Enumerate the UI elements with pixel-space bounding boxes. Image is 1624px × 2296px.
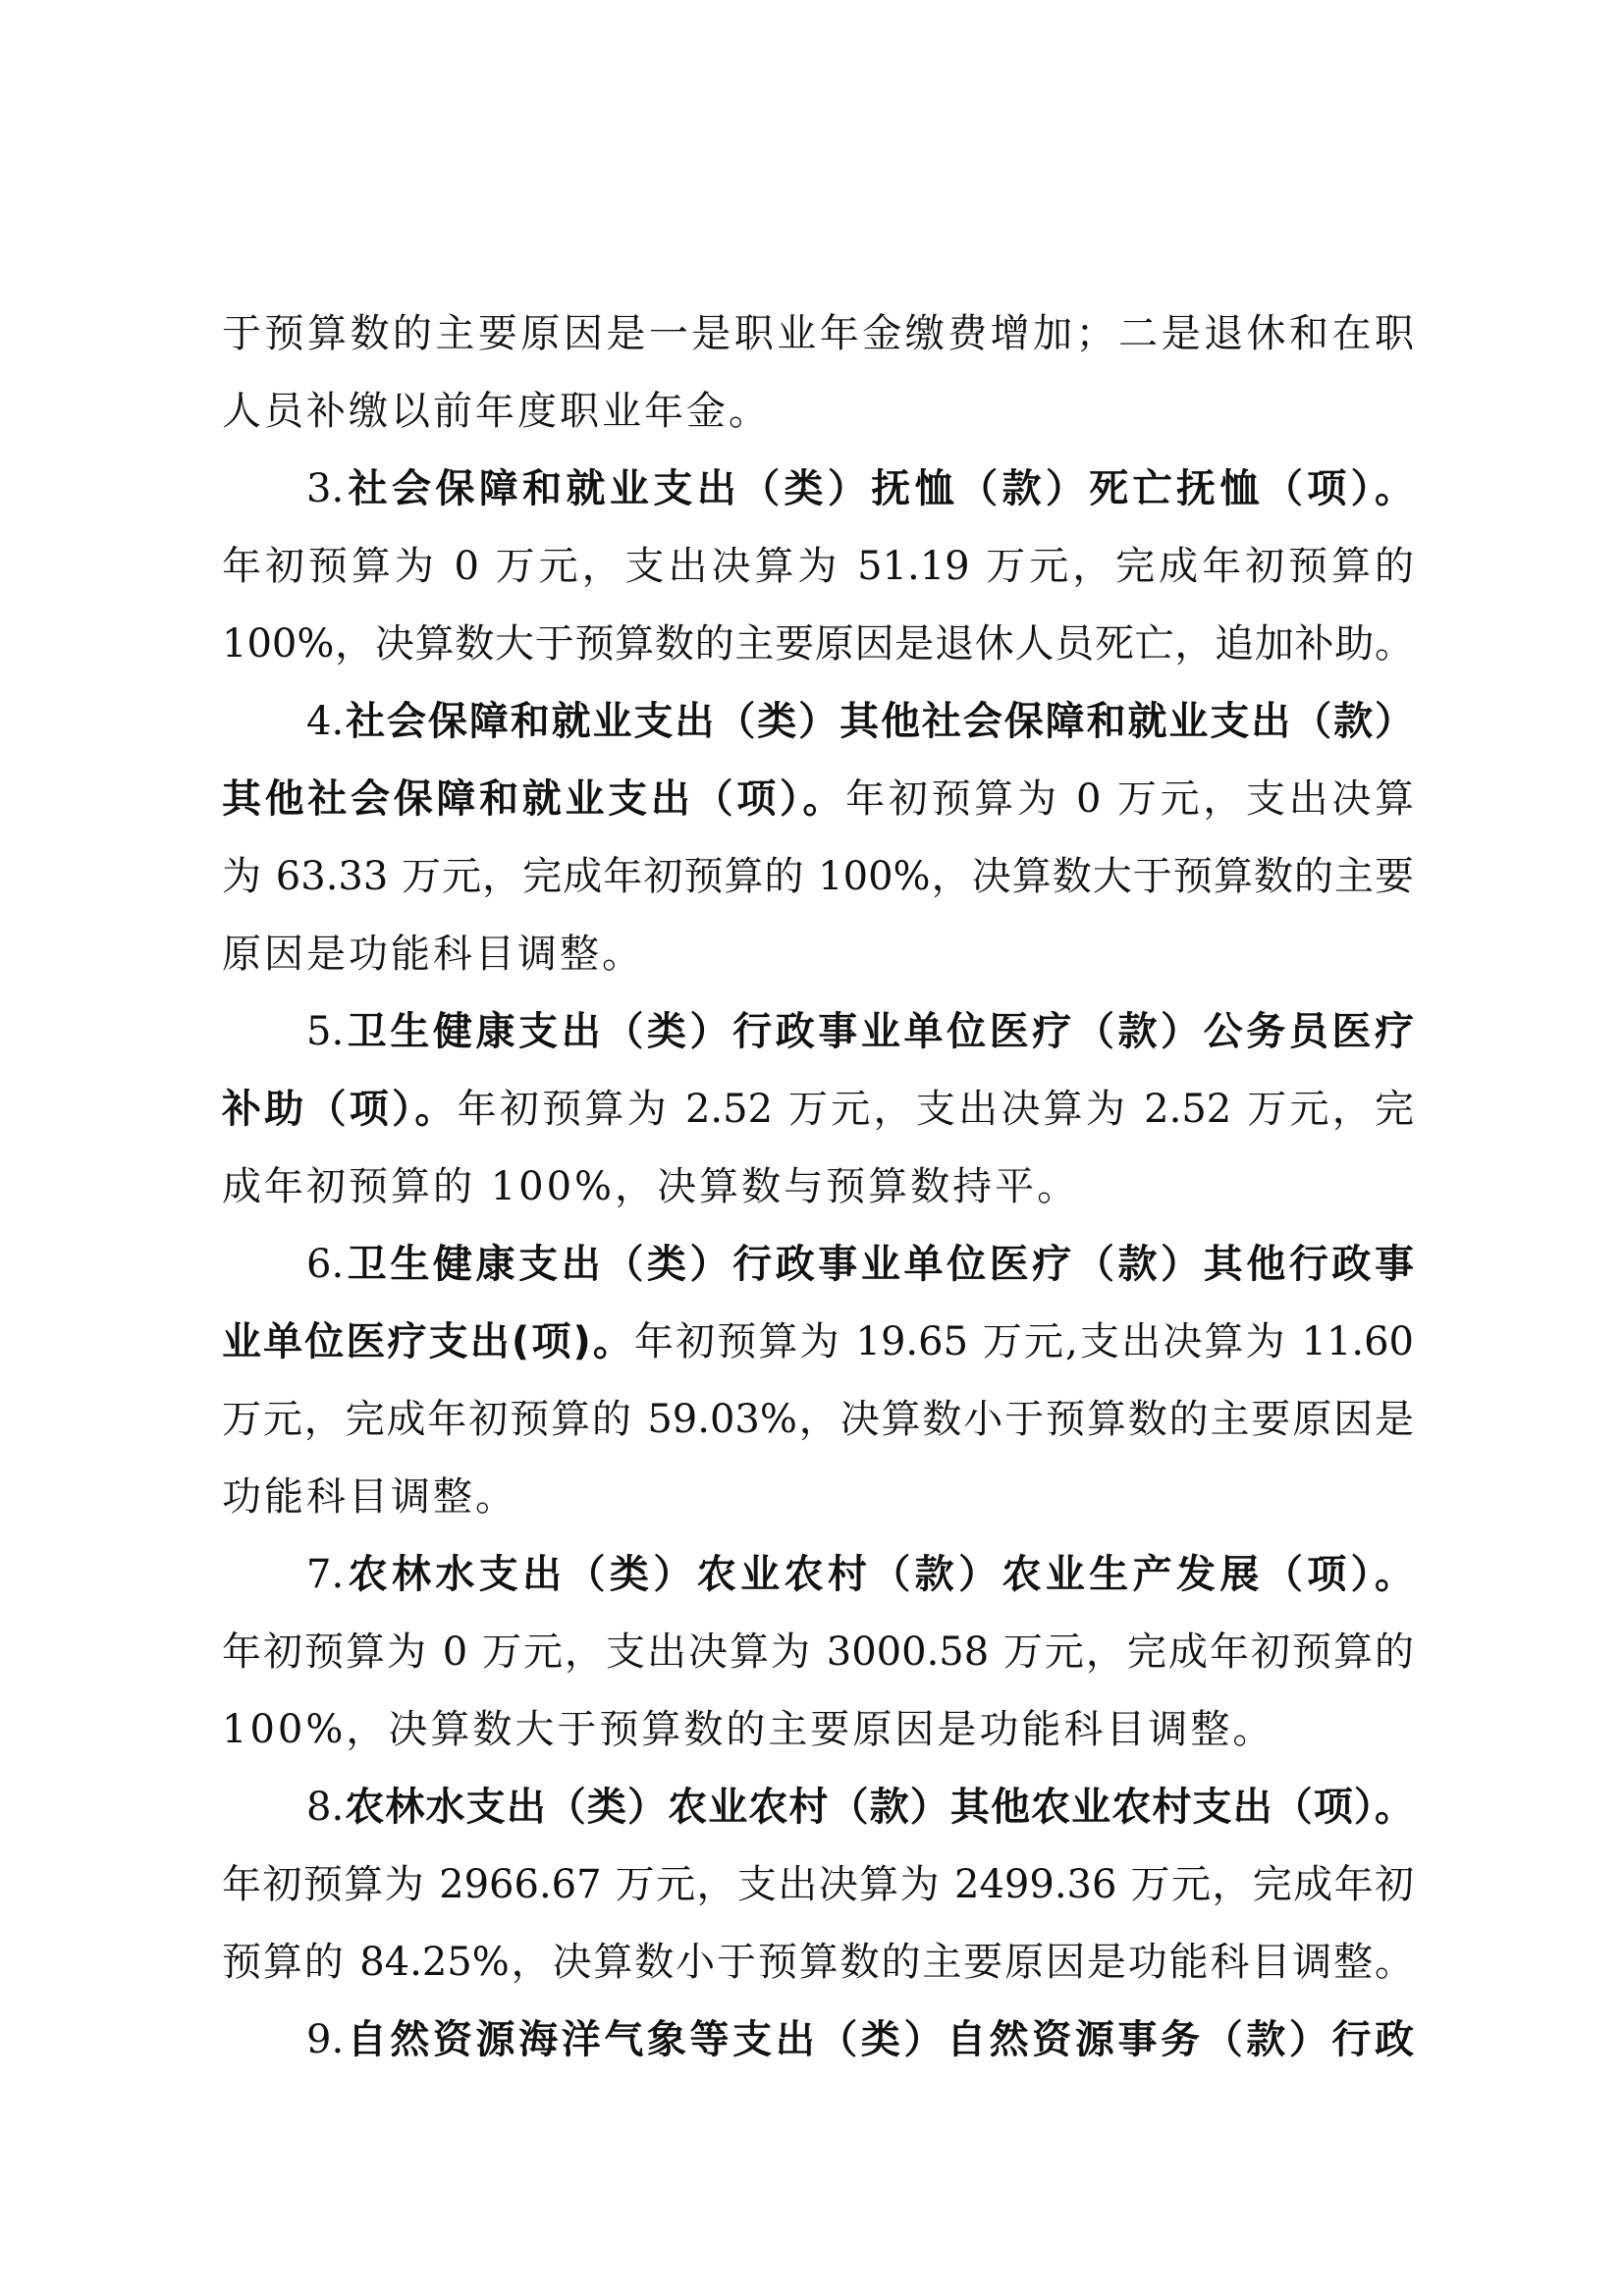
section-heading-7: 7.农林水支出（类）农业农村（款）农业生产发展（项）。 (306, 1547, 1414, 1602)
item-number: 9. (306, 2017, 344, 2062)
document-page: 于预算数的主要原因是一是职业年金缴费增加；二是退休和在职 人员补缴以前年度职业年… (0, 0, 1624, 2296)
paragraph-line: 年初预算为 2966.67 万元，支出决算为 2499.36 万元，完成年初 (222, 1857, 1414, 1912)
paragraph-line: 100%，决算数大于预算数的主要原因是退休人员死亡，追加补助。 (222, 616, 1414, 671)
paragraph-line: 万元，完成年初预算的 59.03%，决算数小于预算数的主要原因是 (222, 1392, 1414, 1447)
paragraph-line: 成年初预算的 100%，决算数与预算数持平。 (222, 1159, 1414, 1214)
heading-text: 自然资源海洋气象等支出（类）自然资源事务（款）行政 (344, 2017, 1414, 2062)
section-heading-6: 6.卫生健康支出（类）行政事业单位医疗（款）其他行政事 (306, 1237, 1414, 1292)
paragraph-line: 业单位医疗支出(项)。年初预算为 19.65 万元,支出决算为 11.60 (222, 1314, 1414, 1369)
body-text: 成年初预算的 100%，决算数与预算数持平。 (222, 1164, 1079, 1209)
paragraph-line: 年初预算为 0 万元，支出决算为 3000.58 万元，完成年初预算的 (222, 1625, 1414, 1680)
heading-text: 卫生健康支出（类）行政事业单位医疗（款）公务员医疗 (344, 1009, 1414, 1054)
heading-text: 农林水支出（类）农业农村（款）其他农业农村支出（项）。 (344, 1785, 1414, 1830)
item-number: 5. (306, 1009, 344, 1054)
body-text: 原因是功能科目调整。 (222, 932, 644, 977)
body-text: 年初预算为 0 万元，支出决算为 51.19 万元，完成年初预算的 (222, 544, 1414, 589)
heading-text: 补助（项）。 (222, 1087, 458, 1132)
body-text: 万元，完成年初预算的 59.03%，决算数小于预算数的主要原因是 (222, 1397, 1414, 1442)
body-text: 人员补缴以前年度职业年金。 (222, 389, 771, 434)
section-heading-8: 8.农林水支出（类）农业农村（款）其他农业农村支出（项）。 (306, 1780, 1414, 1835)
item-number: 4. (306, 699, 344, 744)
paragraph-line: 于预算数的主要原因是一是职业年金缴费增加；二是退休和在职 (222, 306, 1414, 361)
paragraph-line: 100%，决算数大于预算数的主要原因是功能科目调整。 (222, 1702, 1414, 1757)
body-text: 100%，决算数大于预算数的主要原因是退休人员死亡，追加补助。 (222, 621, 1414, 667)
paragraph-line: 其他社会保障和就业支出（项）。年初预算为 0 万元，支出决算 (222, 772, 1414, 827)
heading-text: 卫生健康支出（类）行政事业单位医疗（款）其他行政事 (344, 1242, 1414, 1287)
paragraph-line: 年初预算为 0 万元，支出决算为 51.19 万元，完成年初预算的 (222, 539, 1414, 594)
paragraph-line: 预算的 84.25%，决算数小于预算数的主要原因是功能科目调整。 (222, 1935, 1414, 1990)
body-text: 年初预算为 0 万元，支出决算 (845, 776, 1414, 822)
heading-text: 农林水支出（类）农业农村（款）农业生产发展（项）。 (344, 1552, 1414, 1597)
body-text: 100%，决算数大于预算数的主要原因是功能科目调整。 (222, 1707, 1274, 1752)
item-number: 3. (306, 466, 344, 511)
paragraph-line: 功能科目调整。 (222, 1469, 1414, 1524)
paragraph-line: 原因是功能科目调整。 (222, 927, 1414, 982)
heading-text: 社会保障和就业支出（类）其他社会保障和就业支出（款） (344, 699, 1414, 744)
body-text: 年初预算为 2966.67 万元，支出决算为 2499.36 万元，完成年初 (222, 1862, 1414, 1907)
heading-text: 其他社会保障和就业支出（项）。 (222, 776, 845, 822)
paragraph-line: 人员补缴以前年度职业年金。 (222, 384, 1414, 439)
heading-text: 社会保障和就业支出（类）抚恤（款）死亡抚恤（项）。 (344, 466, 1414, 511)
section-heading-4: 4.社会保障和就业支出（类）其他社会保障和就业支出（款） (306, 694, 1414, 749)
section-heading-5: 5.卫生健康支出（类）行政事业单位医疗（款）公务员医疗 (306, 1004, 1414, 1059)
body-text: 为 63.33 万元，完成年初预算的 100%，决算数大于预算数的主要 (222, 854, 1414, 899)
body-text: 年初预算为 0 万元，支出决算为 3000.58 万元，完成年初预算的 (222, 1629, 1414, 1675)
item-number: 6. (306, 1242, 344, 1287)
body-text: 年初预算为 2.52 万元，支出决算为 2.52 万元，完 (458, 1087, 1414, 1132)
paragraph-line: 为 63.33 万元，完成年初预算的 100%，决算数大于预算数的主要 (222, 849, 1414, 904)
body-text: 年初预算为 19.65 万元,支出决算为 11.60 (634, 1319, 1414, 1364)
body-text: 功能科目调整。 (222, 1474, 517, 1520)
body-text: 预算的 84.25%，决算数小于预算数的主要原因是功能科目调整。 (222, 1940, 1414, 1985)
item-number: 8. (306, 1785, 344, 1830)
body-text: 于预算数的主要原因是一是职业年金缴费增加；二是退休和在职 (222, 311, 1414, 356)
paragraph-line: 补助（项）。年初预算为 2.52 万元，支出决算为 2.52 万元，完 (222, 1082, 1414, 1137)
item-number: 7. (306, 1552, 344, 1597)
section-heading-9: 9.自然资源海洋气象等支出（类）自然资源事务（款）行政 (306, 2012, 1414, 2067)
section-heading-3: 3.社会保障和就业支出（类）抚恤（款）死亡抚恤（项）。 (306, 461, 1414, 516)
heading-text: 业单位医疗支出(项)。 (222, 1319, 634, 1364)
